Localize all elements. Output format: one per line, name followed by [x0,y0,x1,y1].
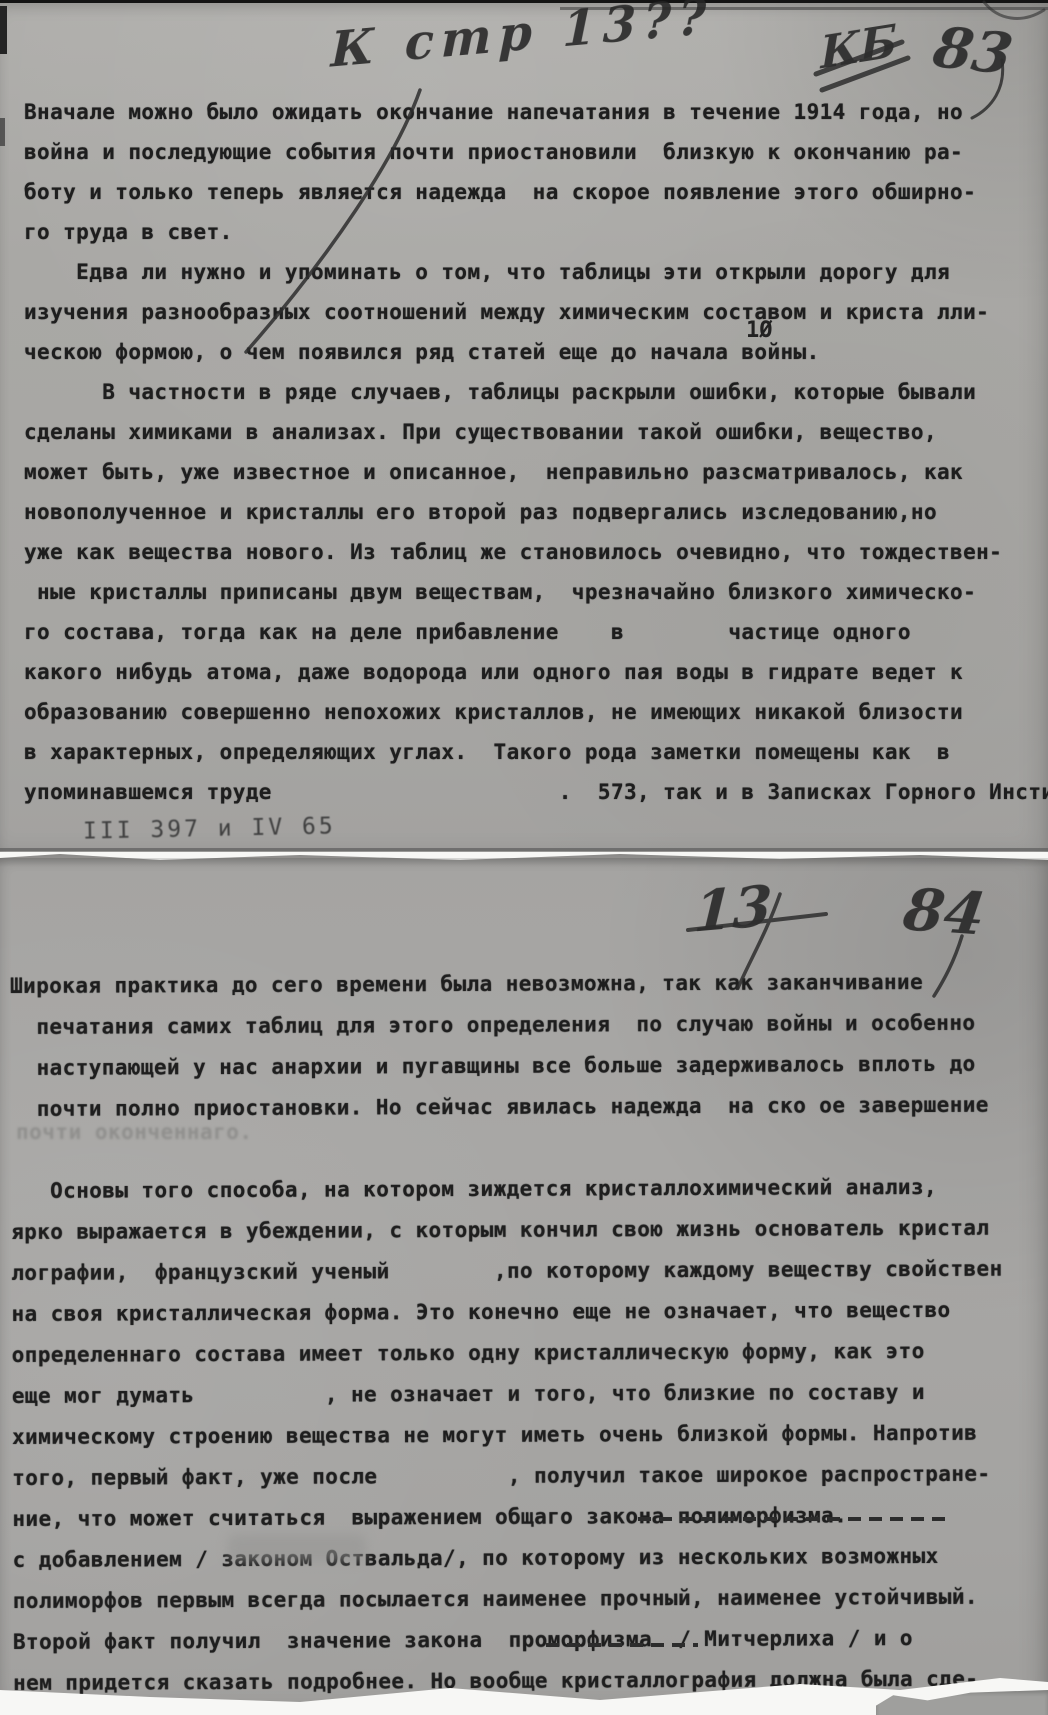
text-line: уже как вещества нового. Из таблиц же ст… [24,532,1048,572]
page2-text: Широкая практика до сего времени была не… [10,962,1004,1704]
dashed-underline-polymorphism [638,1517,952,1521]
text-line: Второй факт получил значение закона пром… [13,1618,1004,1663]
text-line: В частности в ряде случаев, таблицы раск… [24,372,1048,412]
text-line: Вначале можно было ожидать окончание нап… [24,92,1048,132]
page2-erased-ghost-line: почти оконченнаго. [16,1120,253,1144]
bottom-torn-fragment [876,1690,1048,1715]
handwritten-crossed-number-page2: 13 [692,872,773,945]
text-line: может быть, уже известное и описанное, н… [24,452,1048,492]
text-line: новополученное и кристаллы его второй ра… [24,492,1048,532]
text-line: нем придется сказать подробнее. Но вообщ… [13,1659,1004,1704]
text-line: Основы того способа, на котором зиждется… [11,1167,1002,1212]
text-line: того, первый факт, уже после , получил т… [12,1454,1003,1499]
text-line: го состава, тогда как на деле прибавлени… [24,612,1048,652]
text-line: ярко выражается в убеждении, с которым к… [11,1208,1002,1253]
page2-sheet: Широкая практика до сего времени была не… [0,852,1048,1710]
handwritten-page-number-84: 84 [899,875,989,948]
text-line: в характерных, определяющих углах. Таког… [24,732,1048,772]
text-line: ческою формою, о чем появился ряд статей… [24,332,1048,372]
text-line: Едва ли нужно и упоминать о том, что таб… [24,252,1048,292]
text-line: еще мог думать , не означает и того, что… [12,1372,1003,1417]
text-line: химическому строению вещества не могут и… [12,1413,1003,1458]
page1-torn-footer: III 397 и IV 65 [83,813,336,844]
text-line: упоминавшемся труде . 573, так и в Запис… [24,772,1048,812]
page1-superscript-note: 1Ø [746,318,773,343]
text-line: ные кристаллы приписаны двум веществам, … [24,572,1048,612]
page1-sheet: Вначале можно было ожидать окончание нап… [0,2,1048,852]
dashed-underline-promorphism [546,1643,698,1647]
text-line: изучения разнообразных соотношений между… [24,292,1048,332]
scan-left-mark [0,6,7,54]
scan-edge-bar [0,0,1048,3]
tear-fold-line [0,848,1048,851]
text-line: война и последующие события почти приост… [24,132,1048,172]
text-line: на своя кристаллическая форма. Это конеч… [11,1290,1002,1335]
text-line: полиморфов первым всегда посылается наим… [13,1577,1004,1622]
page1-text: Вначале можно было ожидать окончание нап… [24,92,1048,812]
text-line: печатания самих таблиц для этого определ… [10,1003,1001,1048]
text-line: образованию совершенно непохожих кристал… [24,692,1048,732]
text-line: наступающей у нас анархии и пугавщины вс… [10,1044,1001,1089]
text-line: лографии, французский ученый ,по котором… [11,1249,1002,1294]
tear-fold-shadow [0,858,1048,867]
scanned-typescript: { "page1": { "annotations": { "header_no… [0,0,1048,1715]
text-line: с добавлением / законом Оствальда/, по к… [13,1536,1004,1581]
scan-left-mark-2 [0,118,5,146]
text-line: Широкая практика до сего времени была не… [10,962,1001,1007]
text-line: го труда в свет. [24,212,1048,252]
text-line: определеннаго состава имеет только одну … [12,1331,1003,1376]
ink-smudge [228,1534,366,1562]
text-line: боту и только теперь является надежда на… [24,172,1048,212]
text-line: сделаны химиками в анализах. При существ… [24,412,1048,452]
handwritten-page-number-83: 83 [928,14,1017,87]
text-line: какого нибудь атома, даже водорода или о… [24,652,1048,692]
